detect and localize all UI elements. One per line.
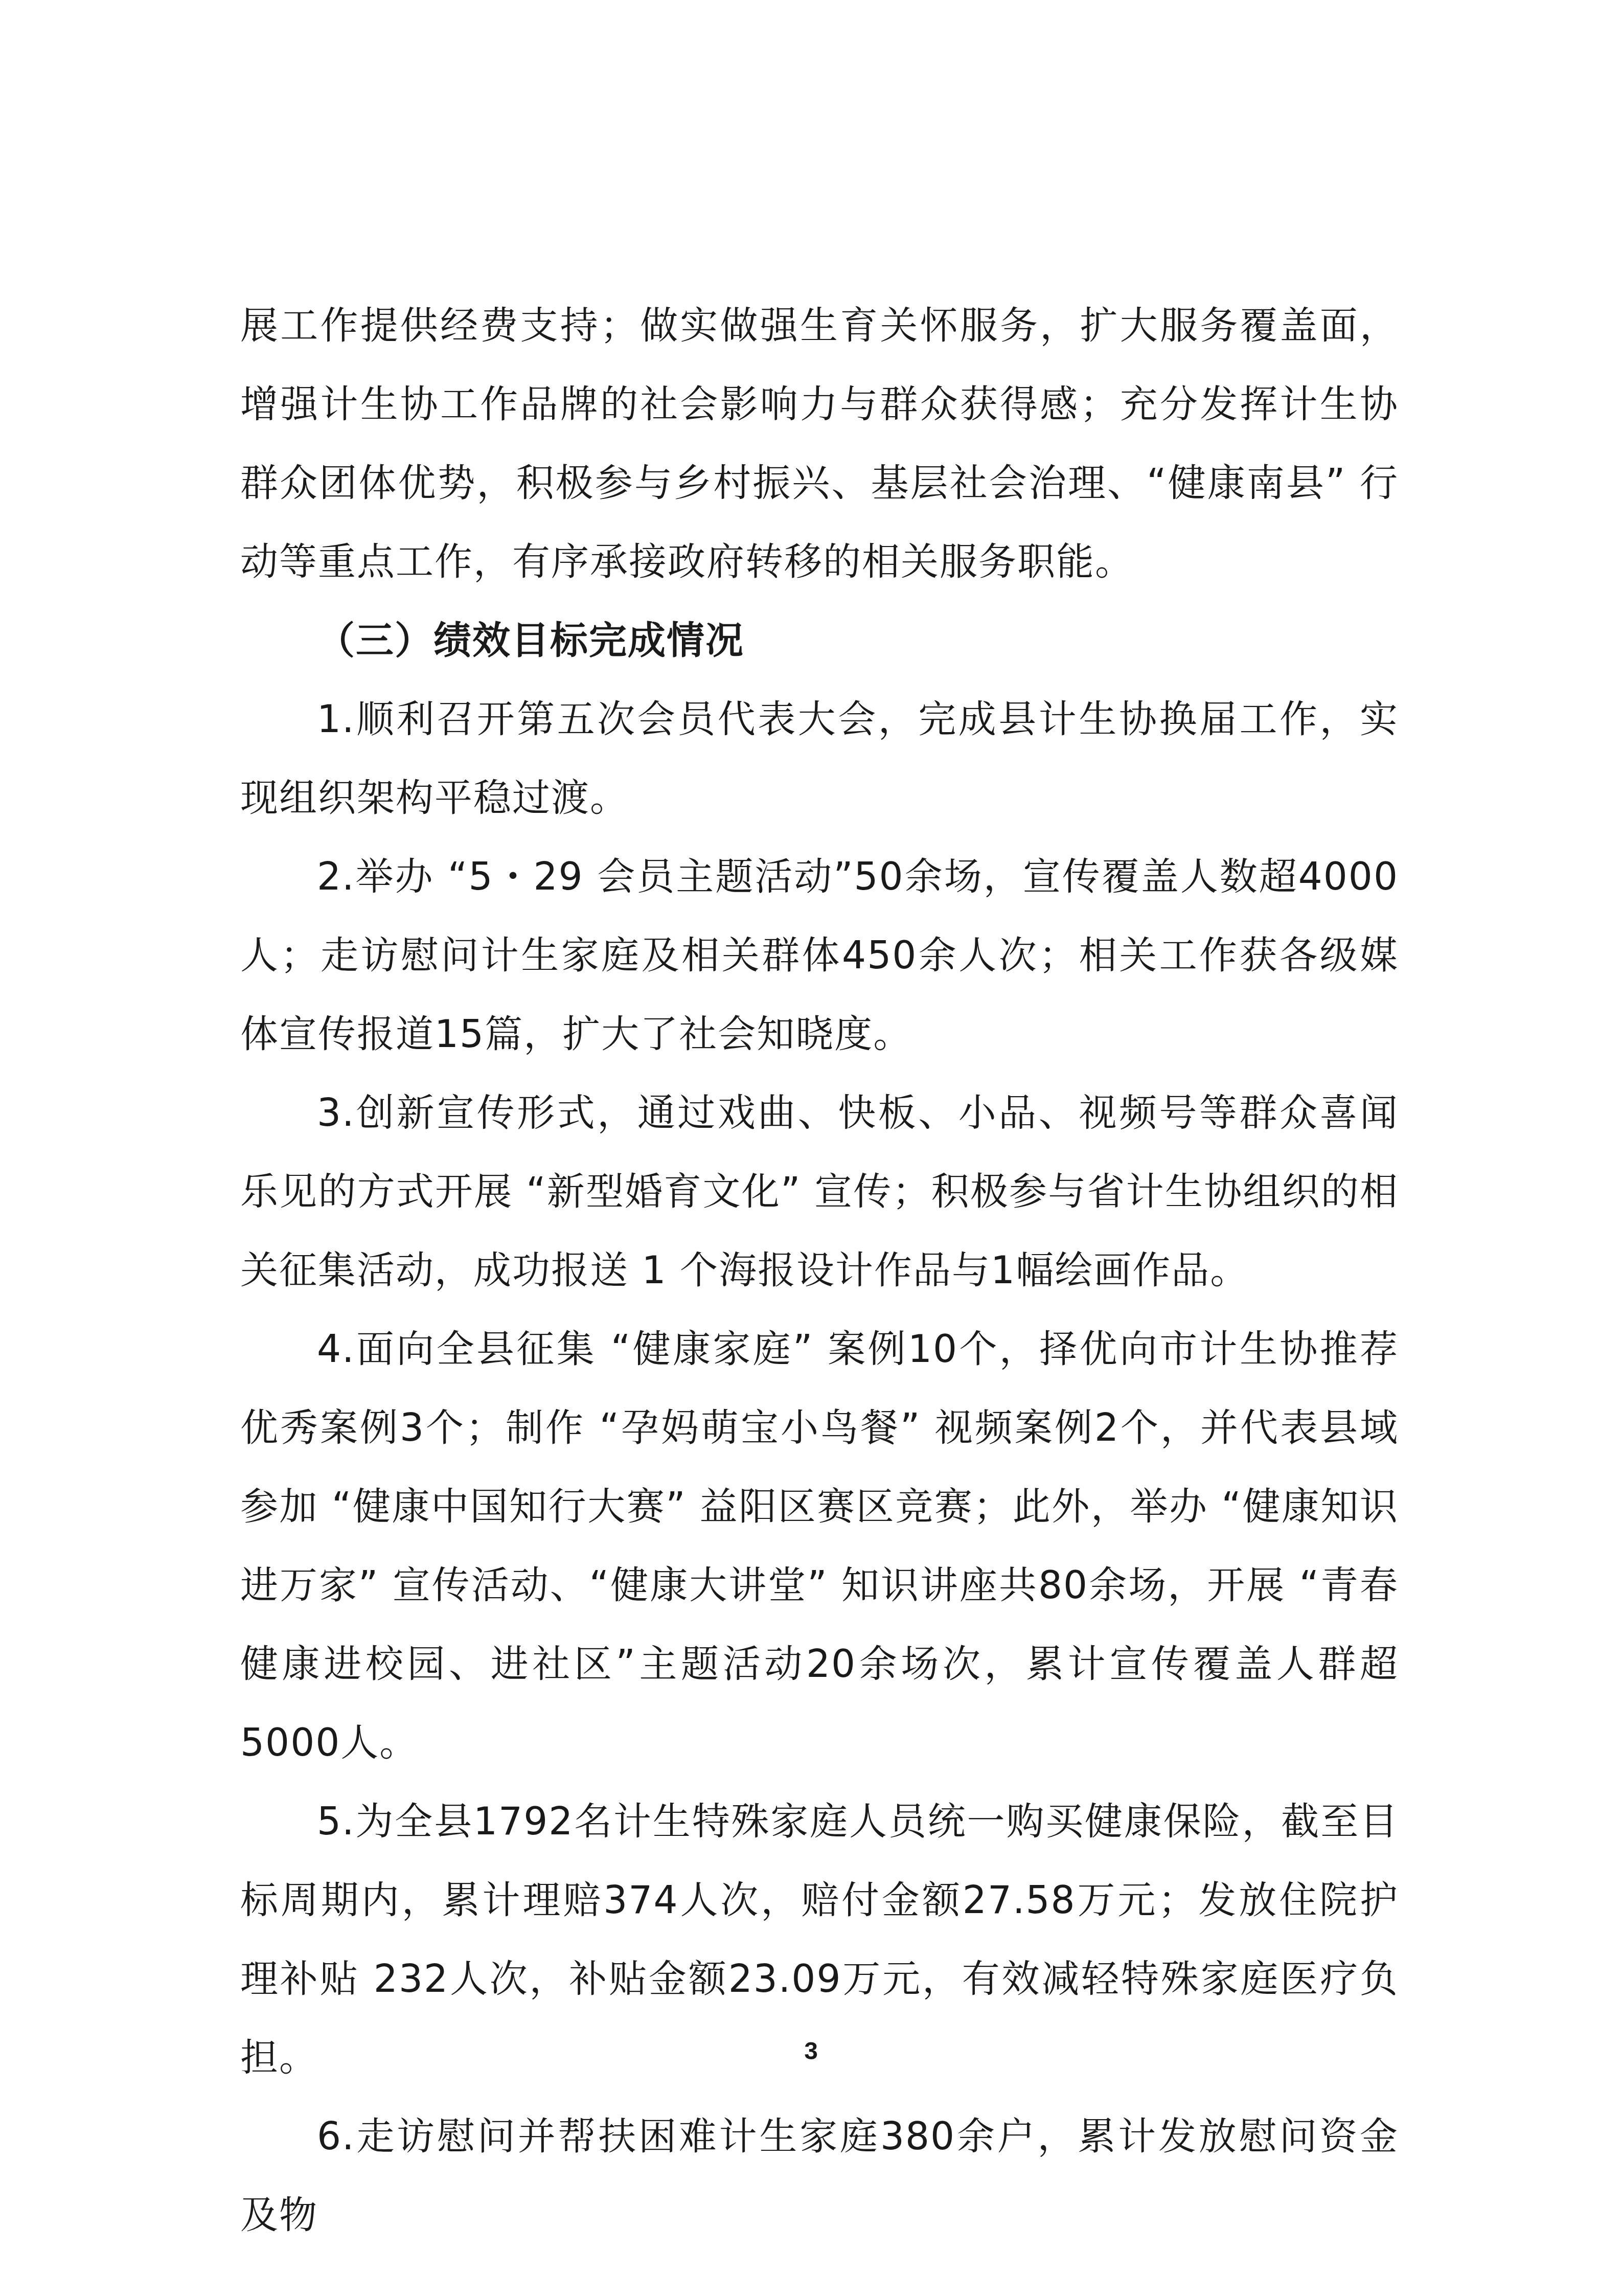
document-page: 展工作提供经费支持；做实做强生育关怀服务，扩大服务覆盖面，增强计生协工作品牌的社… <box>0 0 1622 2296</box>
list-item: 1.顺利召开第五次会员代表大会，完成县计生协换届工作，实现组织架构平稳过渡。 <box>240 680 1399 837</box>
page-number: 3 <box>0 2037 1622 2065</box>
section-heading: （三）绩效目标完成情况 <box>240 601 1399 680</box>
list-item: 4.面向全县征集 “健康家庭” 案例10个，择优向市计生协推荐优秀案例3个；制作… <box>240 1310 1399 1782</box>
continuation-paragraph: 展工作提供经费支持；做实做强生育关怀服务，扩大服务覆盖面，增强计生协工作品牌的社… <box>240 286 1399 601</box>
list-item: 2.举办 “5・29 会员主题活动”50余场，宣传覆盖人数超4000人；走访慰问… <box>240 837 1399 1074</box>
document-body: 展工作提供经费支持；做实做强生育关怀服务，扩大服务覆盖面，增强计生协工作品牌的社… <box>240 286 1399 2255</box>
list-item: 6.走访慰问并帮扶困难计生家庭380余户，累计发放慰问资金及物 <box>240 2097 1399 2255</box>
list-item: 3.创新宣传形式，通过戏曲、快板、小品、视频号等群众喜闻乐见的方式开展 “新型婚… <box>240 1074 1399 1310</box>
